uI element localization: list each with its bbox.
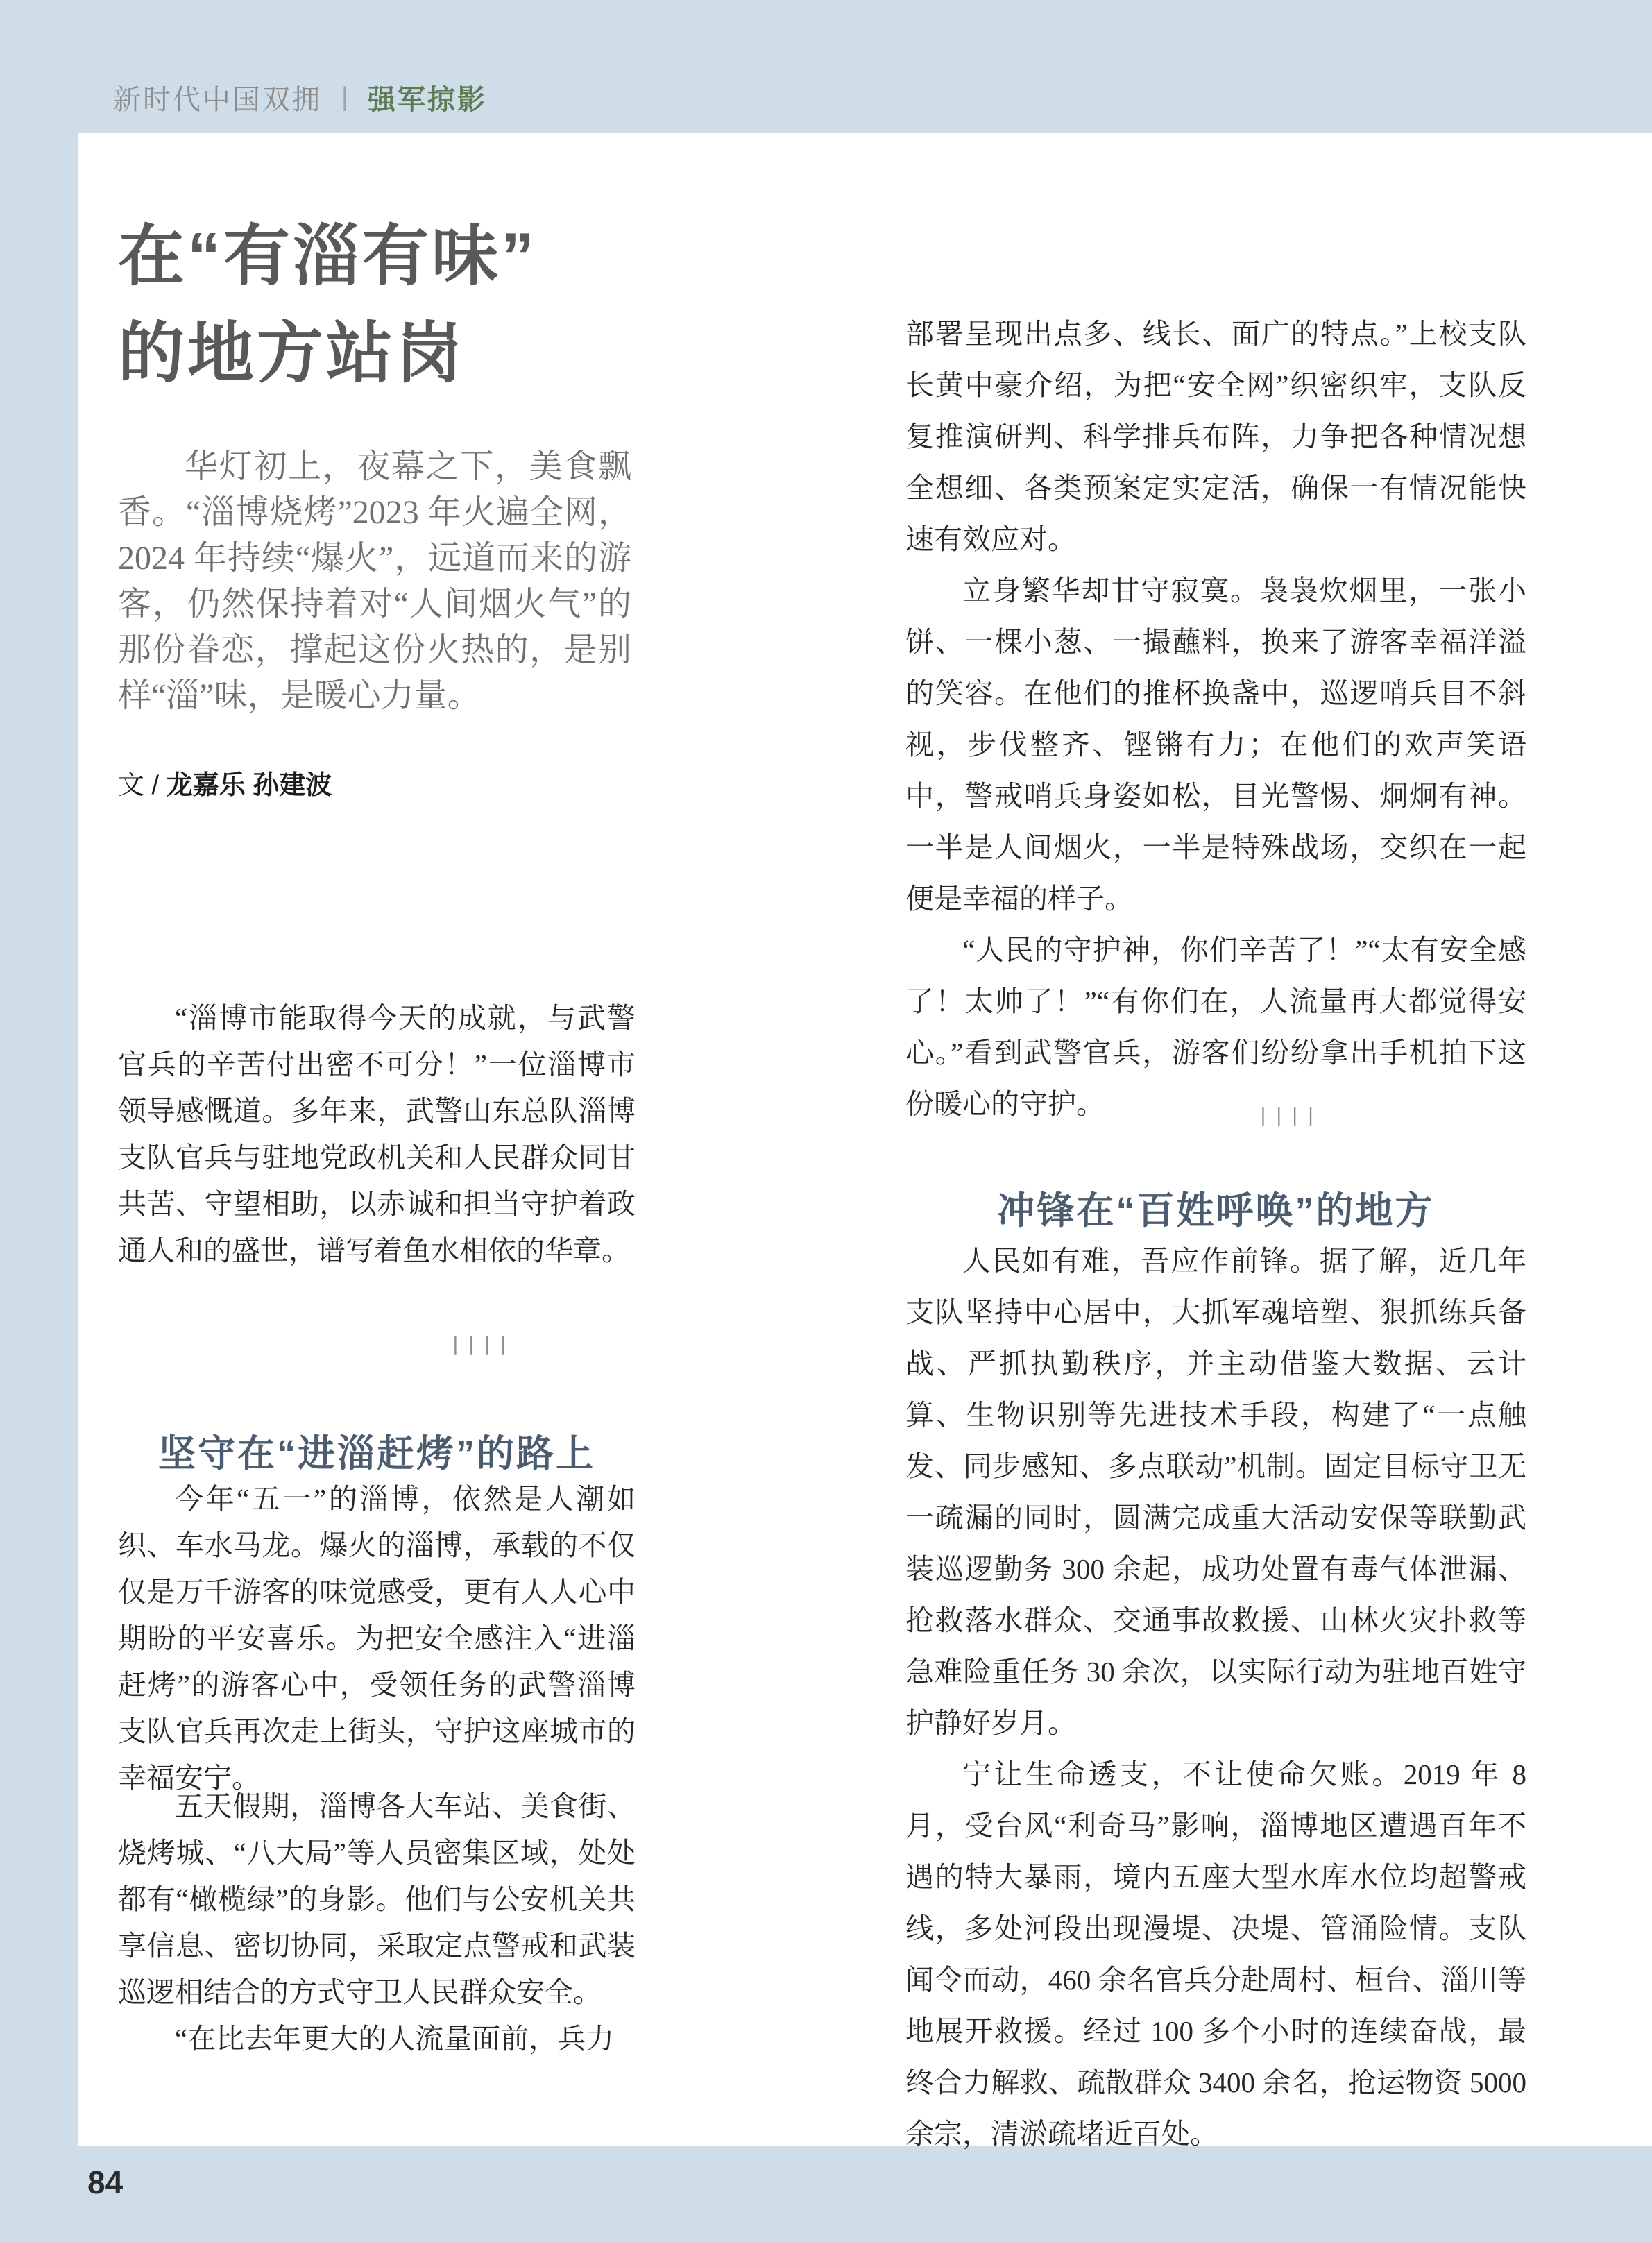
section-heading-left: 坚守在“进淄赶烤”的路上 [118,1424,636,1477]
byline-prefix: 文 / [118,771,167,800]
header-divider: | [341,83,348,112]
section-divider-icon: |||| [450,1332,513,1355]
paragraph: 今年“五一”的淄博，依然是人潮如织、车水马龙。爆火的淄博，承载的不仅仅是万千游客… [118,1476,636,1801]
paragraph: 人民如有难，吾应作前锋。据了解，近几年支队坚持中心居中，大抓军魂培塑、狠抓练兵备… [905,1235,1526,1749]
paragraph: “人民的守护神，你们辛苦了！”“太有安全感了！太帅了！”“有你们在，人流量再大都… [905,924,1526,1130]
paragraph: “淄博市能取得今天的成就，与武警官兵的辛苦付出密不可分！”一位淄博市领导感慨道。… [118,995,636,1274]
page-number: 84 [87,2164,123,2201]
left-column-intro: “淄博市能取得今天的成就，与武警官兵的辛苦付出密不可分！”一位淄博市领导感慨道。… [118,995,636,1274]
byline: 文 / 龙嘉乐 孙建波 [118,763,332,801]
paragraph: 立身繁华却甘守寂寞。袅袅炊烟里，一张小饼、一棵小葱、一撮蘸料，换来了游客幸福洋溢… [905,565,1526,924]
paragraph: 宁让生命透支，不让使命欠账。2019 年 8 月，受台风“利奇马”影响，淄博地区… [905,1749,1526,2159]
magazine-page: 新时代中国双拥 | 强军掠影 在“有淄有味” 的地方站岗 华灯初上，夜幕之下，美… [0,0,1652,2242]
article-title-line1: 在“有淄有味” [118,208,645,305]
article-title-line2: 的地方站岗 [118,305,645,402]
section-heading-right: 冲锋在“百姓呼唤”的地方 [905,1181,1526,1234]
right-column-upper-body: 部署呈现出点多、线长、面广的特点。”上校支队长黄中豪介绍，为把“安全网”织密织牢… [905,308,1526,1130]
article-lead: 华灯初上，夜幕之下，美食飘香。“淄博烧烤”2023 年火遍全网，2024 年持续… [118,444,631,719]
section-divider-icon: |||| [1257,1103,1320,1126]
header-section-label: 新时代中国双拥 [113,78,322,117]
byline-authors: 龙嘉乐 孙建波 [167,771,332,800]
article-title: 在“有淄有味” 的地方站岗 [118,208,645,402]
paragraph: 部署呈现出点多、线长、面广的特点。”上校支队长黄中豪介绍，为把“安全网”织密织牢… [905,308,1526,565]
paragraph: “在比去年更大的人流量面前，兵力 [118,2016,636,2062]
right-column-section-body: 人民如有难，吾应作前锋。据了解，近几年支队坚持中心居中，大抓军魂培塑、狠抓练兵备… [905,1235,1526,2159]
page-header: 新时代中国双拥 | 强军掠影 [113,78,487,117]
left-column-section-body: 今年“五一”的淄博，依然是人潮如织、车水马龙。爆火的淄博，承载的不仅仅是万千游客… [118,1476,636,1801]
paragraph: 五天假期，淄博各大车站、美食街、烧烤城、“八大局”等人员密集区域，处处都有“橄榄… [118,1783,636,2016]
left-column-section-body-2: 五天假期，淄博各大车站、美食街、烧烤城、“八大局”等人员密集区域，处处都有“橄榄… [118,1783,636,2062]
header-column-label: 强军掠影 [368,78,487,117]
